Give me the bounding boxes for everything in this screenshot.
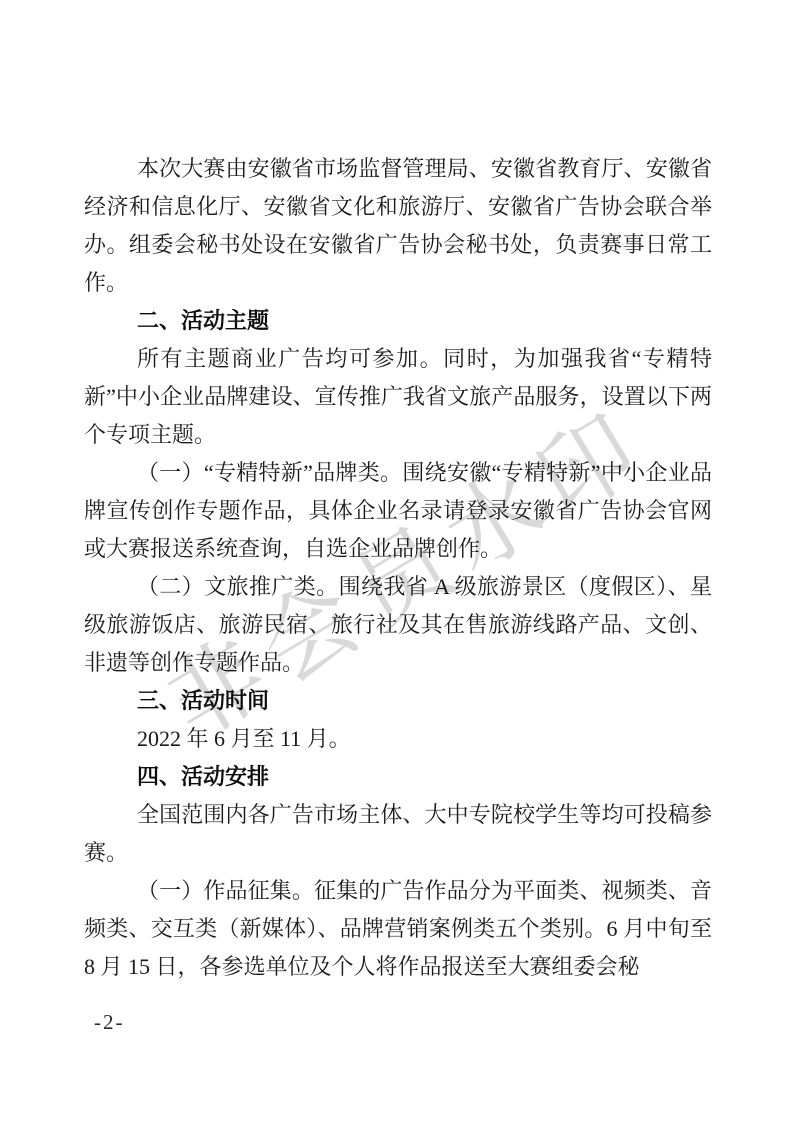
section-heading: 四、活动安排 [84,758,712,796]
document-paragraph: （一）“专精特新”品牌类。围绕安徽“专精特新”中小企业品牌宣传创作专题作品，具体… [84,454,712,568]
document-paragraph: （二）文旅推广类。围绕我省 A 级旅游景区（度假区）、星级旅游饭店、旅游民宿、旅… [84,568,712,682]
document-paragraph: 本次大赛由安徽省市场监督管理局、安徽省教育厅、安徽省经济和信息化厅、安徽省文化和… [84,150,712,302]
document-paragraph: 2022 年 6 月至 11 月。 [84,720,712,758]
page-number: -2- [94,1010,125,1035]
document-paragraph: 所有主题商业广告均可参加。同时，为加强我省“专精特新”中小企业品牌建设、宣传推广… [84,340,712,454]
document-paragraph: 全国范围内各广告市场主体、大中专院校学生等均可投稿参赛。 [84,796,712,872]
section-heading: 二、活动主题 [84,302,712,340]
document-body: 本次大赛由安徽省市场监督管理局、安徽省教育厅、安徽省经济和信息化厅、安徽省文化和… [84,150,712,986]
document-page: 非会员水印 本次大赛由安徽省市场监督管理局、安徽省教育厅、安徽省经济和信息化厅、… [0,0,794,1123]
section-heading: 三、活动时间 [84,682,712,720]
document-paragraph: （一）作品征集。征集的广告作品分为平面类、视频类、音频类、交互类（新媒体）、品牌… [84,872,712,986]
